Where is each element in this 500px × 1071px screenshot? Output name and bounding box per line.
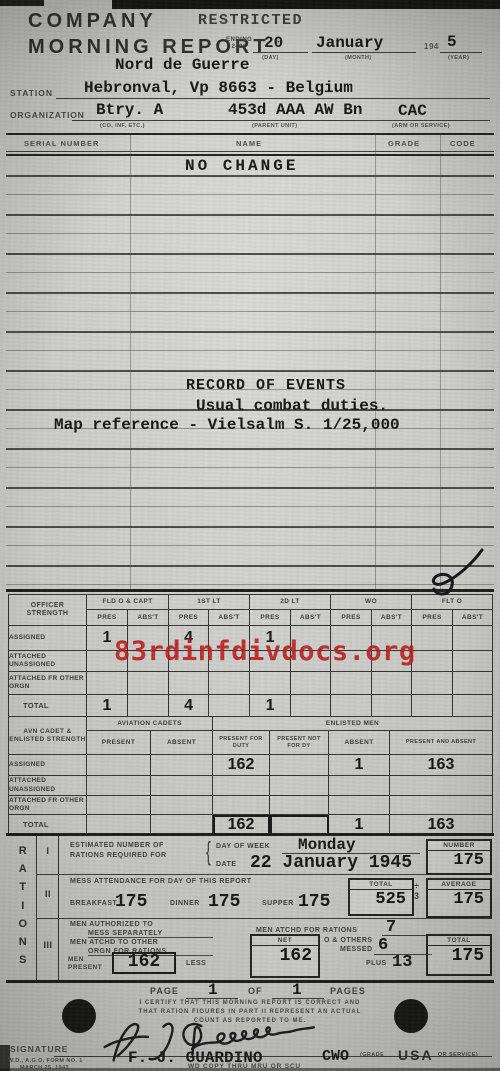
- code-name-entry: Nord de Guerre: [115, 56, 249, 74]
- total-value: 175: [428, 946, 490, 966]
- enlisted-total-pa: 163: [390, 815, 493, 835]
- classification-stamp: RESTRICTED: [198, 12, 303, 29]
- officer-sub-abst: ABS'T: [372, 610, 412, 626]
- average-value: 175: [428, 890, 490, 909]
- of-label: OF: [248, 986, 263, 996]
- enlisted-row-attached-unassigned: ATTACHED UNASSIGNED: [9, 776, 493, 796]
- page-number: 1: [208, 981, 218, 999]
- roster-col-name: NAME: [236, 139, 262, 148]
- station-label: STATION: [10, 88, 53, 98]
- pen-mark: [426, 546, 490, 598]
- scan-edge-top: [112, 0, 500, 9]
- row-label: ASSIGNED: [9, 755, 87, 776]
- row-label: ATTACHED FR OTHER ORGN: [9, 796, 87, 815]
- enlisted-assigned-absent: 1: [329, 755, 390, 776]
- officer-sub-abst: ABS'T: [209, 610, 250, 626]
- rations-part-i: I: [40, 846, 56, 856]
- officer-group-fldo-capt: FLD O & CAPT: [87, 595, 169, 610]
- punch-hole-left: [62, 999, 96, 1033]
- total-label: TOTAL: [428, 936, 490, 946]
- mess-average-box: AVERAGE 175: [426, 878, 492, 918]
- officer-strength-corner: OFFICER STRENGTH: [9, 595, 87, 626]
- rations-section: RATIONS I II III ESTIMATED NUMBER OF RAT…: [10, 836, 492, 980]
- number-label: NUMBER: [428, 841, 490, 851]
- events-line-1: Usual combat duties.: [196, 397, 388, 415]
- enlisted-corner: AVN CADET & ENLISTED STRENGTH: [9, 717, 87, 755]
- officer-sub-pres: PRES: [250, 610, 291, 626]
- date-day-value: 20: [264, 34, 283, 52]
- year-prefix: 194: [424, 42, 439, 51]
- morning-report-scan: COMPANY RESTRICTED MORNING REPORT ENDING…: [0, 0, 500, 1071]
- row-label: ATTACHED UNASSIGNED: [9, 776, 87, 796]
- service-sub-label: OR SERVICE): [438, 1052, 478, 1058]
- col-absent: ABSENT: [329, 731, 390, 755]
- form-title-company: COMPANY: [28, 10, 157, 33]
- dinner-value: 175: [208, 892, 240, 912]
- officer-sub-abst: ABS'T: [291, 610, 331, 626]
- day-sub-label: (DAY): [262, 55, 279, 61]
- officer-group-2d-lt: 2D LT: [250, 595, 331, 610]
- rations-part-ii: II: [40, 889, 56, 899]
- messed-label: MESSED: [340, 946, 373, 953]
- row-label: TOTAL: [9, 815, 87, 835]
- org-unit-sub-label: (CO, INF, ETC.): [100, 123, 145, 129]
- officer-sub-pres: PRES: [87, 610, 128, 626]
- col-cadets-absent: ABSENT: [151, 731, 213, 755]
- rations-date-value: 22 January 1945: [250, 853, 412, 873]
- officer-total-fldo-pres: 1: [87, 695, 128, 717]
- officer-row-attached-fr-other: ATTACHED FR OTHER ORGN: [9, 672, 493, 695]
- events-line-2: Map reference - Vielsalm S. 1/25,000: [54, 416, 400, 434]
- enlisted-assigned-pa: 163: [390, 755, 493, 776]
- men-atchd-rations-label: MEN ATCHD FOR RATIONS: [256, 927, 357, 934]
- men-authorized-label-1: MEN AUTHORIZED TO: [70, 921, 153, 928]
- month-sub-label: (MONTH): [345, 55, 372, 61]
- enlisted-row-assigned: ASSIGNED 162 1 163: [9, 755, 493, 776]
- total-label: TOTAL: [350, 880, 412, 890]
- brace: {: [206, 836, 211, 867]
- breakfast-label: BREAKFAST: [70, 900, 117, 907]
- breakfast-value: 175: [115, 892, 147, 912]
- org-parent-sub-label: (PARENT UNIT): [252, 123, 297, 129]
- site-watermark: 83rdinfdivdocs.org: [114, 636, 416, 667]
- enlisted-row-total: TOTAL 162 1 163: [9, 815, 493, 835]
- net-box: NET 162: [250, 934, 320, 978]
- row-label: ASSIGNED: [9, 626, 87, 651]
- enlisted-total-absent: 1: [329, 815, 390, 835]
- men-present-label: MENPRESENT: [68, 956, 102, 973]
- mess-attendance-label: MESS ATTENDANCE FOR DAY OF THIS REPORT: [70, 878, 252, 885]
- group-enlisted-men: ENLISTED MEN: [213, 717, 493, 731]
- grade-sub-label: (GRADE: [360, 1052, 384, 1058]
- officer-row-total: TOTAL 1 4 1: [9, 695, 493, 717]
- scan-edge-top-left: [0, 0, 44, 6]
- service-value: USA: [398, 1047, 434, 1063]
- o-and-others-label: O & OTHERS: [324, 937, 373, 944]
- net-label: NET: [252, 936, 318, 946]
- ending-2400-label: ENDING2400: [226, 37, 252, 51]
- record-of-events-heading: RECORD OF EVENTS: [186, 377, 346, 394]
- col-present-for-duty: PRESENT FOR DUTY: [213, 731, 270, 755]
- officer-sub-pres: PRES: [412, 610, 453, 626]
- men-authorized-label-2: MESS SEPARATELY: [88, 930, 213, 938]
- date-label: DATE: [216, 861, 237, 868]
- rations-required-label-2: RATIONS REQUIRED FOR: [70, 852, 167, 859]
- enlisted-strength-table: AVN CADET & ENLISTED STRENGTH AVIATION C…: [8, 716, 493, 835]
- total-value: 525: [350, 890, 412, 909]
- rations-total-box: TOTAL 175: [426, 934, 492, 976]
- day-of-week-label: DAY OF WEEK: [216, 843, 270, 850]
- date-year-value: 5: [447, 33, 457, 51]
- men-present-value: 162: [112, 952, 176, 974]
- atchd-other-label-1: MEN ATCHD TO OTHER: [70, 939, 158, 946]
- col-present-not-for-dy: PRESENT NOT FOR DY: [270, 731, 329, 755]
- pages-label: PAGES: [330, 986, 366, 996]
- organization-label: ORGANIZATION: [10, 110, 85, 120]
- org-arm-value: CAC: [398, 102, 427, 120]
- dinner-label: DINNER: [170, 900, 200, 907]
- average-label: AVERAGE: [428, 880, 490, 890]
- roster-col-serial: SERIAL NUMBER: [24, 139, 99, 148]
- enlisted-row-attached-fr-other: ATTACHED FR OTHER ORGN: [9, 796, 493, 815]
- rations-vertical-label: RATIONS: [16, 842, 30, 969]
- others-messed-value: 6: [378, 936, 388, 955]
- officer-group-wo: WO: [331, 595, 412, 610]
- officer-sub-pres: PRES: [331, 610, 372, 626]
- officer-sub-pres: PRES: [169, 610, 209, 626]
- row-label: ATTACHED UNASSIGNED: [9, 651, 87, 672]
- form-number: W.D., A.G.O. FORM NO. 1: [8, 1058, 83, 1064]
- station-value: Hebronval, Vp 8663 - Belgium: [84, 79, 353, 97]
- less-label: LESS: [186, 960, 206, 967]
- number-value: 175: [428, 851, 490, 870]
- punch-hole-right: [394, 999, 428, 1033]
- pages-total: 1: [292, 981, 302, 999]
- date-month-value: January: [316, 34, 383, 52]
- col-present-and-absent: PRESENT AND ABSENT: [390, 731, 493, 755]
- org-arm-sub-label: (ARM OR SERVICE): [392, 123, 450, 129]
- officer-sub-abst: ABS'T: [453, 610, 493, 626]
- officer-total-2dlt-pres: 1: [250, 695, 291, 717]
- enlisted-total-pfd: 162: [213, 815, 270, 835]
- enlisted-assigned-pfd: 162: [213, 755, 270, 776]
- supper-label: SUPPER: [262, 900, 294, 907]
- mess-total-box: TOTAL 525: [348, 878, 414, 916]
- form-date: MARCH 25, 1943: [20, 1065, 69, 1071]
- roster-entry-no-change: NO CHANGE: [185, 157, 298, 175]
- rations-required-label-1: ESTIMATED NUMBER OF: [70, 842, 164, 849]
- roster-col-code: CODE: [450, 139, 476, 148]
- rations-part-iii: III: [40, 940, 56, 950]
- row-label: ATTACHED FR OTHER ORGN: [9, 672, 87, 695]
- divide-by-three: ÷3: [414, 882, 420, 902]
- plus-value: 13: [392, 953, 412, 972]
- group-aviation-cadets: AVIATION CADETS: [87, 717, 213, 731]
- roster-col-grade: GRADE: [388, 139, 420, 148]
- officer-total-1stlt-pres: 4: [169, 695, 209, 717]
- org-parent-value: 453d AAA AW Bn: [228, 101, 362, 119]
- signature-label: SIGNATURE: [10, 1044, 68, 1054]
- col-cadets-present: PRESENT: [87, 731, 151, 755]
- supper-value: 175: [298, 892, 330, 912]
- net-value: 162: [252, 946, 318, 966]
- officer-sub-abst: ABS'T: [128, 610, 169, 626]
- plus-label: PLUS: [366, 960, 387, 967]
- wd-copy-note: WD COPY THRU MRU OR SCU: [188, 1063, 301, 1070]
- day-of-week-value: Monday: [298, 836, 356, 854]
- officer-group-1st-lt: 1ST LT: [169, 595, 250, 610]
- page-label: PAGE: [150, 986, 179, 996]
- row-label: TOTAL: [9, 695, 87, 717]
- org-unit-value: Btry. A: [96, 101, 163, 119]
- year-sub-label: (YEAR): [448, 55, 469, 61]
- rations-number-box: NUMBER 175: [426, 839, 492, 875]
